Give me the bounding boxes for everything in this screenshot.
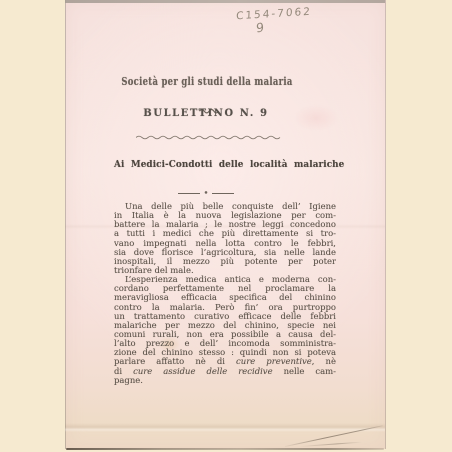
faint-crease (65, 224, 385, 229)
handwritten-catalog-number: 9 (256, 19, 264, 35)
body-line: comuni rurali, non era possibile a causa… (114, 330, 336, 339)
body-line: trionfare del male. (114, 266, 336, 275)
body-line: pagne. (114, 376, 336, 385)
heading-divider-icon (178, 182, 234, 201)
body-line: a tutti i medici che più direttamente si… (114, 229, 336, 238)
body-line: un trattamento curativo efficace delle f… (114, 312, 336, 321)
body-line: in Italia è la nuova legislazione per co… (114, 211, 336, 220)
body-line: vano impegnati nella lotta contro le feb… (114, 239, 336, 248)
body-line: sia dove florisce l’agricoltura, sia nel… (114, 248, 336, 257)
wavy-underline-icon (136, 125, 286, 144)
body-line: contro la malaria. Però fin’ ora purtrop… (114, 303, 336, 312)
body-line: l’alto prezzo e dell’ incomoda somminist… (114, 339, 336, 348)
page-top-edge-shadow (65, 0, 385, 3)
body-line: L’esperienza medica antica e moderna con… (114, 275, 336, 284)
body-line: cordano perfettamente nel proclamare la (114, 284, 336, 293)
bottom-fold-crease (65, 423, 385, 432)
society-title: Società per gli studi della malaria (97, 75, 317, 88)
body-line: inospitali, il mezzo più potente per pot… (114, 257, 336, 266)
body-line: zione del chinino stesso : quindi non si… (114, 348, 336, 357)
page-bottom-edge-shadow (66, 448, 384, 450)
section-heading: Ai Medici-Condotti delle località malari… (114, 159, 344, 170)
scanned-document-photo: Società per gli studi della malaria BULL… (0, 0, 452, 452)
body-line: malariche per mezzo del chinino, specie … (114, 321, 336, 330)
body-text: Una delle più belle conquiste dell’ Igie… (114, 202, 336, 385)
body-line: parlare affatto nè di cure preventive, n… (114, 357, 336, 366)
bulletin-title: BULLETTINO N. 9 (66, 108, 346, 119)
body-line: meravigliosa efficacia specifica del chi… (114, 293, 336, 302)
body-line: Una delle più belle conquiste dell’ Igie… (114, 202, 336, 211)
body-line: di cure assidue delle recidive nelle cam… (114, 367, 336, 376)
